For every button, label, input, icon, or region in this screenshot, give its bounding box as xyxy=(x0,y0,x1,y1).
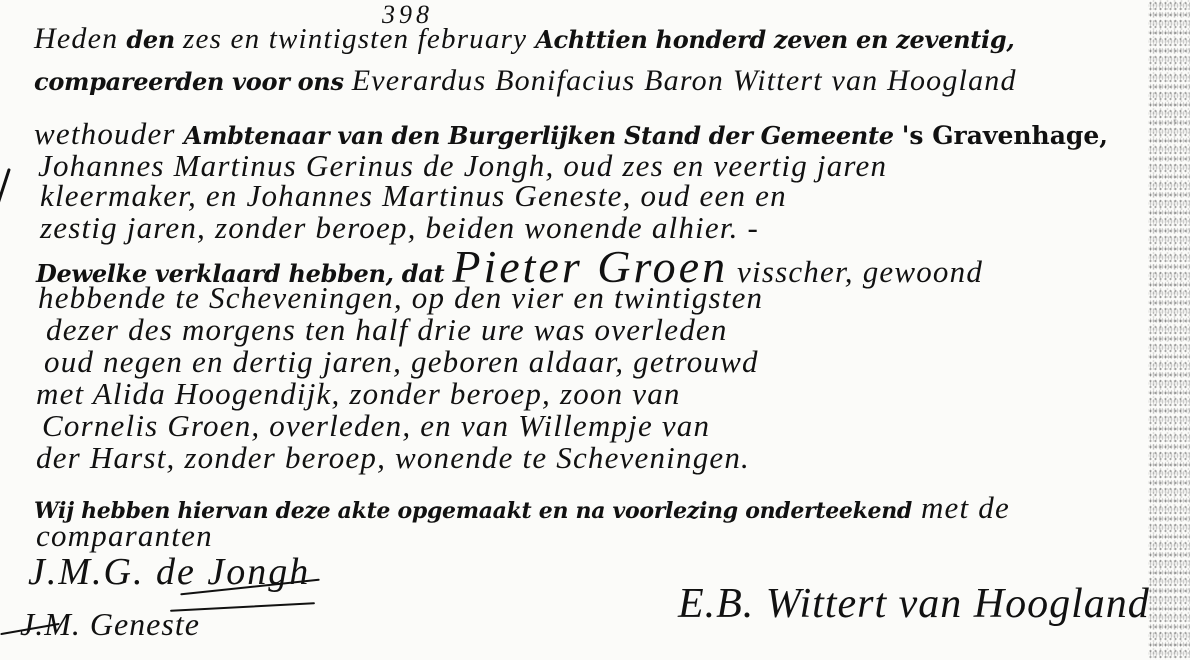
text-line-11: met Alida Hoogendijk, zonder beroep, zoo… xyxy=(36,378,681,409)
text-line-5: kleermaker, en Johannes Martinus Geneste… xyxy=(40,180,787,211)
line-part: visscher, gewoond xyxy=(728,254,983,289)
line-part: hebbende te Scheveningen, op den vier en… xyxy=(38,280,763,315)
line-part: met de xyxy=(912,490,1010,525)
line-part: Ambtenaar van den Burgerlijken Stand der… xyxy=(176,121,902,150)
margin-pen-stroke xyxy=(0,168,11,236)
text-line-2: compareerden voor ons Everardus Bonifaci… xyxy=(34,66,1017,96)
line-part: Achttien honderd zeven en zeventig, xyxy=(527,25,1014,54)
text-line-10: oud negen en dertig jaren, geboren aldaa… xyxy=(44,346,759,377)
line-part: oud negen en dertig jaren, geboren aldaa… xyxy=(44,344,759,379)
line-part: der Harst, zonder beroep, wonende te Sch… xyxy=(36,440,750,475)
signature-official: E.B. Wittert van Hoogland xyxy=(678,580,1150,628)
text-line-3: wethouder Ambtenaar van den Burgerlijken… xyxy=(34,118,1108,149)
line-part: 's Gravenhage, xyxy=(902,121,1108,150)
line-part: comparanten xyxy=(36,518,213,553)
line-part: kleermaker, en Johannes Martinus Geneste… xyxy=(40,178,787,213)
line-part: Cornelis Groen, overleden, en van Willem… xyxy=(42,408,710,443)
text-line-8: hebbende te Scheveningen, op den vier en… xyxy=(38,282,763,313)
line-part: compareerden voor ons xyxy=(34,67,352,96)
text-line-9: dezer des morgens ten half drie ure was … xyxy=(46,314,728,345)
line-part: dezer des morgens ten half drie ure was … xyxy=(46,312,728,347)
text-line-15: comparanten xyxy=(36,520,213,551)
text-line-12: Cornelis Groen, overleden, en van Willem… xyxy=(42,410,710,441)
text-line-6: zestig jaren, zonder beroep, beiden wone… xyxy=(40,212,759,243)
scan-edge-noise xyxy=(1148,0,1190,660)
line-part: Everardus Bonifacius Baron Wittert van H… xyxy=(352,64,1017,97)
signature-witness-1: J.M.G. de Jongh xyxy=(28,550,310,594)
text-line-13: der Harst, zonder beroep, wonende te Sch… xyxy=(36,442,750,473)
text-line-1: Heden den zes en twintigsten february Ac… xyxy=(34,24,1014,54)
text-line-4: Johannes Martinus Gerinus de Jongh, oud … xyxy=(38,150,887,181)
line-part: wethouder xyxy=(34,116,176,151)
line-part: Heden xyxy=(34,22,118,55)
line-part: met Alida Hoogendijk, zonder beroep, zoo… xyxy=(36,376,681,411)
line-part: den xyxy=(118,25,183,54)
scanned-document-page: 398 Heden den zes en twintigsten februar… xyxy=(0,0,1190,660)
line-part: zestig jaren, zonder beroep, beiden wone… xyxy=(40,210,759,245)
line-part: zes en twintigsten february xyxy=(183,23,527,55)
